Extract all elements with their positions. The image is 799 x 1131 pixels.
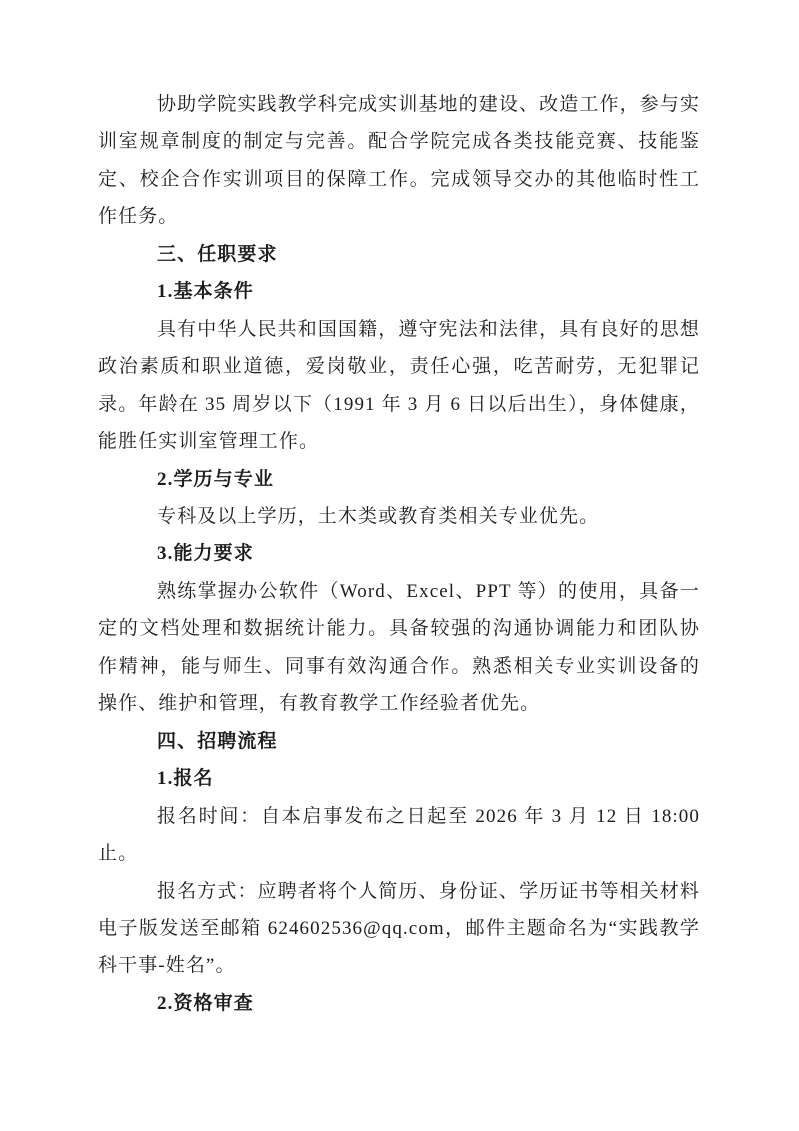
section-heading: 1.报名 xyxy=(98,760,700,797)
section-heading: 三、任职要求 xyxy=(98,236,700,273)
document-body: 协助学院实践教学科完成实训基地的建设、改造工作，参与实训室规章制度的制定与完善。… xyxy=(98,86,700,1022)
document-page: 协助学院实践教学科完成实训基地的建设、改造工作，参与实训室规章制度的制定与完善。… xyxy=(0,0,799,1131)
section-heading: 2.资格审查 xyxy=(98,985,700,1022)
body-paragraph: 报名方式：应聘者将个人简历、身份证、学历证书等相关材料电子版发送至邮箱 6246… xyxy=(98,873,700,985)
section-heading: 3.能力要求 xyxy=(98,535,700,572)
section-heading: 四、招聘流程 xyxy=(98,723,700,760)
section-heading: 2.学历与专业 xyxy=(98,461,700,498)
body-paragraph: 协助学院实践教学科完成实训基地的建设、改造工作，参与实训室规章制度的制定与完善。… xyxy=(98,86,700,236)
body-paragraph: 熟练掌握办公软件（Word、Excel、PPT 等）的使用，具备一定的文档处理和… xyxy=(98,573,700,723)
section-heading: 1.基本条件 xyxy=(98,273,700,310)
body-paragraph: 专科及以上学历，土木类或教育类相关专业优先。 xyxy=(98,498,700,535)
body-paragraph: 报名时间：自本启事发布之日起至 2026 年 3 月 12 日 18:00 止。 xyxy=(98,798,700,873)
body-paragraph: 具有中华人民共和国国籍，遵守宪法和法律，具有良好的思想政治素质和职业道德，爱岗敬… xyxy=(98,311,700,461)
